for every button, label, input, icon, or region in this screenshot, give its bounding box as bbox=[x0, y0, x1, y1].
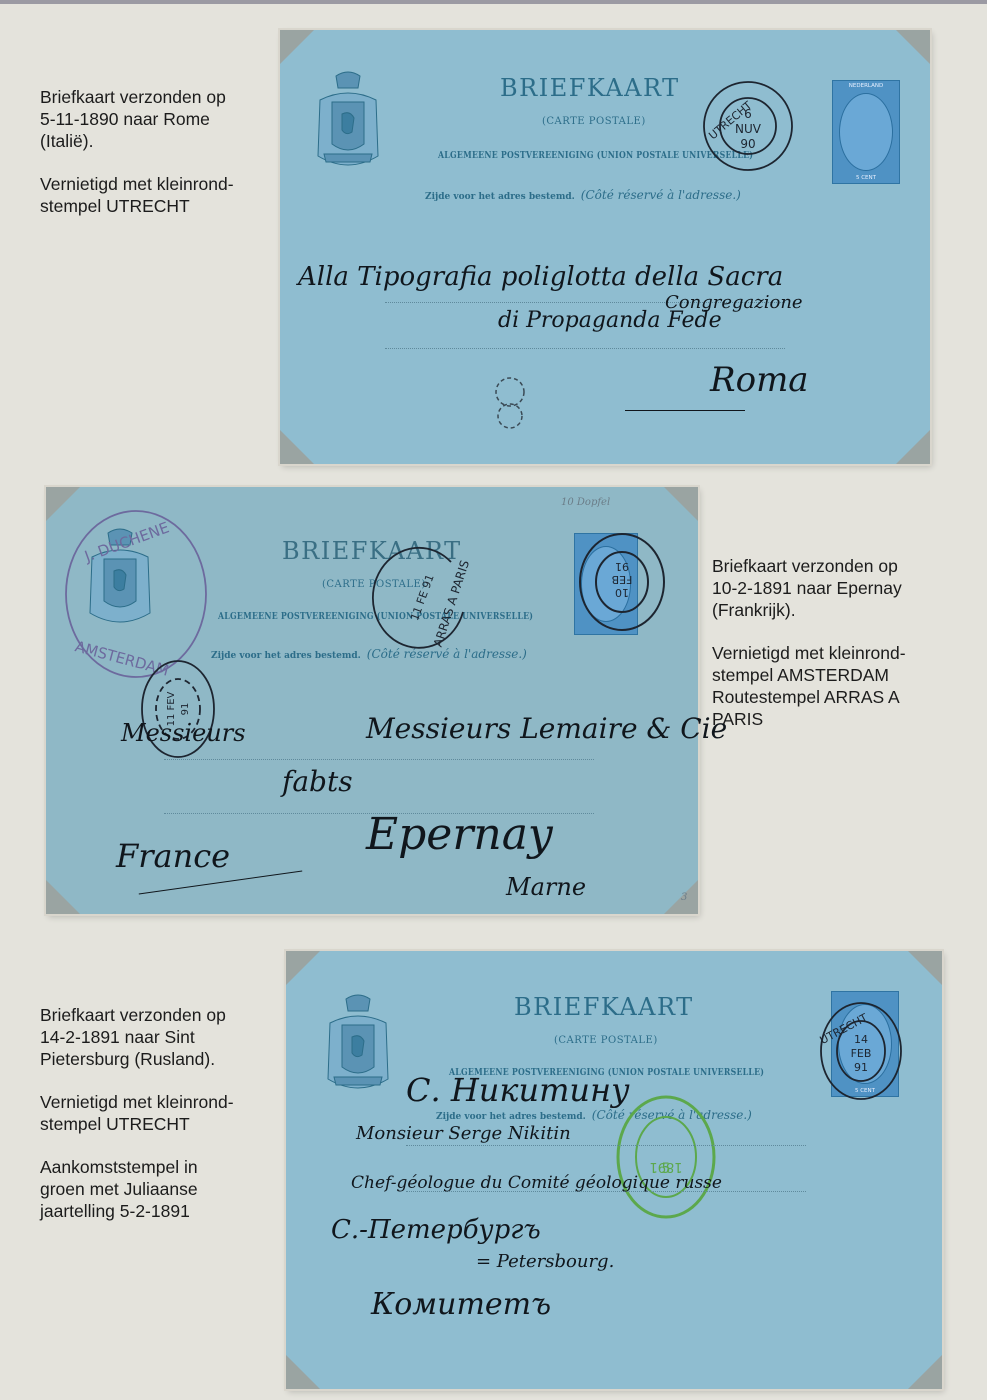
svg-text:10: 10 bbox=[615, 586, 629, 599]
postmark-utrecht: 14FEB91 UTRECHT bbox=[816, 999, 906, 1103]
address-line bbox=[385, 348, 785, 349]
card-address-label: Zijde voor het adres bestemd.(Côté réser… bbox=[211, 647, 527, 661]
stamp-country: NEDERLAND bbox=[833, 83, 899, 89]
handwritten-address-line: Monsieur Serge Nikitin bbox=[356, 1123, 571, 1144]
svg-text:91: 91 bbox=[180, 703, 191, 716]
handwritten-address-line: Messieurs Lemaire & Cie bbox=[366, 712, 727, 745]
photo-corner bbox=[908, 951, 942, 985]
svg-text:FEB: FEB bbox=[612, 573, 633, 586]
caption-line: Pietersburg (Rusland). bbox=[40, 1049, 215, 1069]
caption-line: Vernietigd met kleinrond- bbox=[40, 1092, 234, 1112]
postcard-epernay: J. DUCHENE AMSTERDAM BRIEFKAART (CARTE P… bbox=[46, 487, 698, 914]
caption-line: Briefkaart verzonden op bbox=[40, 87, 226, 107]
underline bbox=[625, 410, 745, 411]
caption-line: 5-11-1890 naar Rome bbox=[40, 109, 210, 129]
caption-line: Vernietigd met kleinrond- bbox=[712, 643, 906, 663]
pencil-note: 3 bbox=[681, 892, 687, 903]
handwritten-address-line: Roma bbox=[710, 360, 809, 400]
address-label-nl: Zijde voor het adres bestemd. bbox=[211, 651, 361, 661]
caption-line: groen met Juliaanse bbox=[40, 1179, 198, 1199]
caption-line: (Frankrijk). bbox=[712, 600, 796, 620]
card-title: BRIEFKAART bbox=[514, 993, 694, 1021]
coat-of-arms-icon bbox=[322, 993, 394, 1101]
photo-corner bbox=[908, 1355, 942, 1389]
caption-card-1: Briefkaart verzonden op5-11-1890 naar Ro… bbox=[40, 86, 234, 238]
caption-paragraph: Vernietigd met kleinrond-stempel UTRECHT bbox=[40, 173, 234, 217]
svg-text:91: 91 bbox=[615, 560, 629, 573]
photo-corner bbox=[286, 951, 320, 985]
postcard-rome: BRIEFKAART (CARTE POSTALE) ALGEMEENE POS… bbox=[280, 30, 930, 464]
card-subtitle: (CARTE POSTALE) bbox=[542, 116, 646, 127]
caption-paragraph: Briefkaart verzonden op14-2-1891 naar Si… bbox=[40, 1004, 234, 1070]
faint-postmark bbox=[488, 372, 532, 436]
caption-paragraph: Vernietigd met kleinrond-stempel UTRECHT bbox=[40, 1091, 234, 1135]
handwritten-address-line: Chef-géologue du Comité géologique russe bbox=[351, 1173, 722, 1193]
postmark-utrecht: 6NUV90 UTRECHT bbox=[700, 78, 796, 174]
handwritten-address-line: Комитетъ bbox=[371, 1287, 551, 1322]
svg-text:14: 14 bbox=[854, 1033, 868, 1046]
caption-line: Aankomststempel in bbox=[40, 1157, 198, 1177]
photo-corner bbox=[286, 1355, 320, 1389]
handwritten-address-line: fabts bbox=[282, 765, 353, 798]
caption-line: Briefkaart verzonden op bbox=[712, 556, 898, 576]
caption-line: 10-2-1891 naar Epernay bbox=[712, 578, 902, 598]
address-label-fr: (Côté réservé à l'adresse.) bbox=[581, 188, 741, 202]
address-line bbox=[406, 1145, 806, 1146]
photo-corner bbox=[280, 30, 314, 64]
caption-line: stempel UTRECHT bbox=[40, 1114, 190, 1134]
caption-line: Vernietigd met kleinrond- bbox=[40, 174, 234, 194]
caption-card-3: Briefkaart verzonden op14-2-1891 naar Si… bbox=[40, 1004, 234, 1243]
handwritten-address-line: С.-Петербургъ bbox=[331, 1215, 541, 1245]
photo-corner bbox=[896, 430, 930, 464]
postcard-st-petersburg: BRIEFKAART (CARTE POSTALE) ALGEMEENE POS… bbox=[286, 951, 942, 1389]
card-subtitle: (CARTE POSTALE) bbox=[554, 1035, 658, 1046]
caption-line: jaartelling 5-2-1891 bbox=[40, 1201, 190, 1221]
stamp-value: 5 CENT bbox=[833, 175, 899, 181]
handwritten-address-line: С. Никитину bbox=[406, 1071, 630, 1109]
handwritten-address-line: = Petersbourg. bbox=[476, 1251, 614, 1272]
address-label-nl: Zijde voor het adres bestemd. bbox=[436, 1112, 586, 1122]
caption-paragraph: Vernietigd met kleinrond-stempel AMSTERD… bbox=[712, 642, 906, 730]
photo-corner bbox=[280, 430, 314, 464]
handwritten-address-line: di Propaganda Fede bbox=[498, 308, 722, 333]
postmark-amsterdam: 10FEB91 bbox=[576, 529, 668, 635]
top-edge bbox=[0, 0, 987, 4]
stamp-portrait bbox=[839, 93, 893, 171]
svg-text:11 FE 91: 11 FE 91 bbox=[408, 573, 437, 623]
postmark-arras-a-paris: 11 FE 91 ARRAS A PARIS bbox=[371, 542, 471, 652]
caption-paragraph: Briefkaart verzonden op5-11-1890 naar Ro… bbox=[40, 86, 234, 152]
photo-corner bbox=[46, 880, 80, 914]
caption-line: (Italië). bbox=[40, 131, 93, 151]
handwritten-address-line: Epernay bbox=[366, 809, 553, 860]
address-label-nl: Zijde voor het adres bestemd. bbox=[425, 192, 575, 202]
pencil-note: 10 Dopfel bbox=[561, 497, 610, 508]
coat-of-arms-icon bbox=[312, 70, 384, 178]
imprinted-stamp: NEDERLAND 5 CENT bbox=[832, 80, 900, 184]
photo-corner bbox=[664, 487, 698, 521]
handwritten-address-line: Alla Tipografia poliglotta della Sacra bbox=[298, 262, 783, 292]
caption-line: 14-2-1891 naar Sint bbox=[40, 1027, 195, 1047]
caption-line: stempel AMSTERDAM bbox=[712, 665, 889, 685]
caption-line: stempel UTRECHT bbox=[40, 196, 190, 216]
handwritten-address-line: France bbox=[116, 837, 230, 875]
caption-line: Routestempel ARRAS A bbox=[712, 687, 900, 707]
svg-text:FEB: FEB bbox=[851, 1047, 872, 1060]
svg-text:J. DUCHENE: J. DUCHENE bbox=[81, 518, 171, 565]
handwritten-address-line: Messieurs bbox=[121, 719, 246, 747]
card-address-label: Zijde voor het adres bestemd.(Côté réser… bbox=[425, 188, 741, 202]
handwritten-address-line: Marne bbox=[506, 873, 586, 901]
caption-paragraph: Aankomststempel ingroen met Juliaansejaa… bbox=[40, 1156, 234, 1222]
svg-text:91: 91 bbox=[854, 1061, 868, 1074]
address-line bbox=[164, 759, 594, 760]
photo-corner bbox=[896, 30, 930, 64]
svg-text:90: 90 bbox=[740, 137, 755, 151]
caption-paragraph: Briefkaart verzonden op10-2-1891 naar Ep… bbox=[712, 555, 906, 621]
card-title: BRIEFKAART bbox=[500, 74, 680, 102]
caption-line: Briefkaart verzonden op bbox=[40, 1005, 226, 1025]
caption-card-2: Briefkaart verzonden op10-2-1891 naar Ep… bbox=[712, 555, 906, 751]
arrival-postmark-st-petersburg: 1891 5 bbox=[614, 1093, 718, 1221]
svg-text:NUV: NUV bbox=[735, 122, 762, 136]
